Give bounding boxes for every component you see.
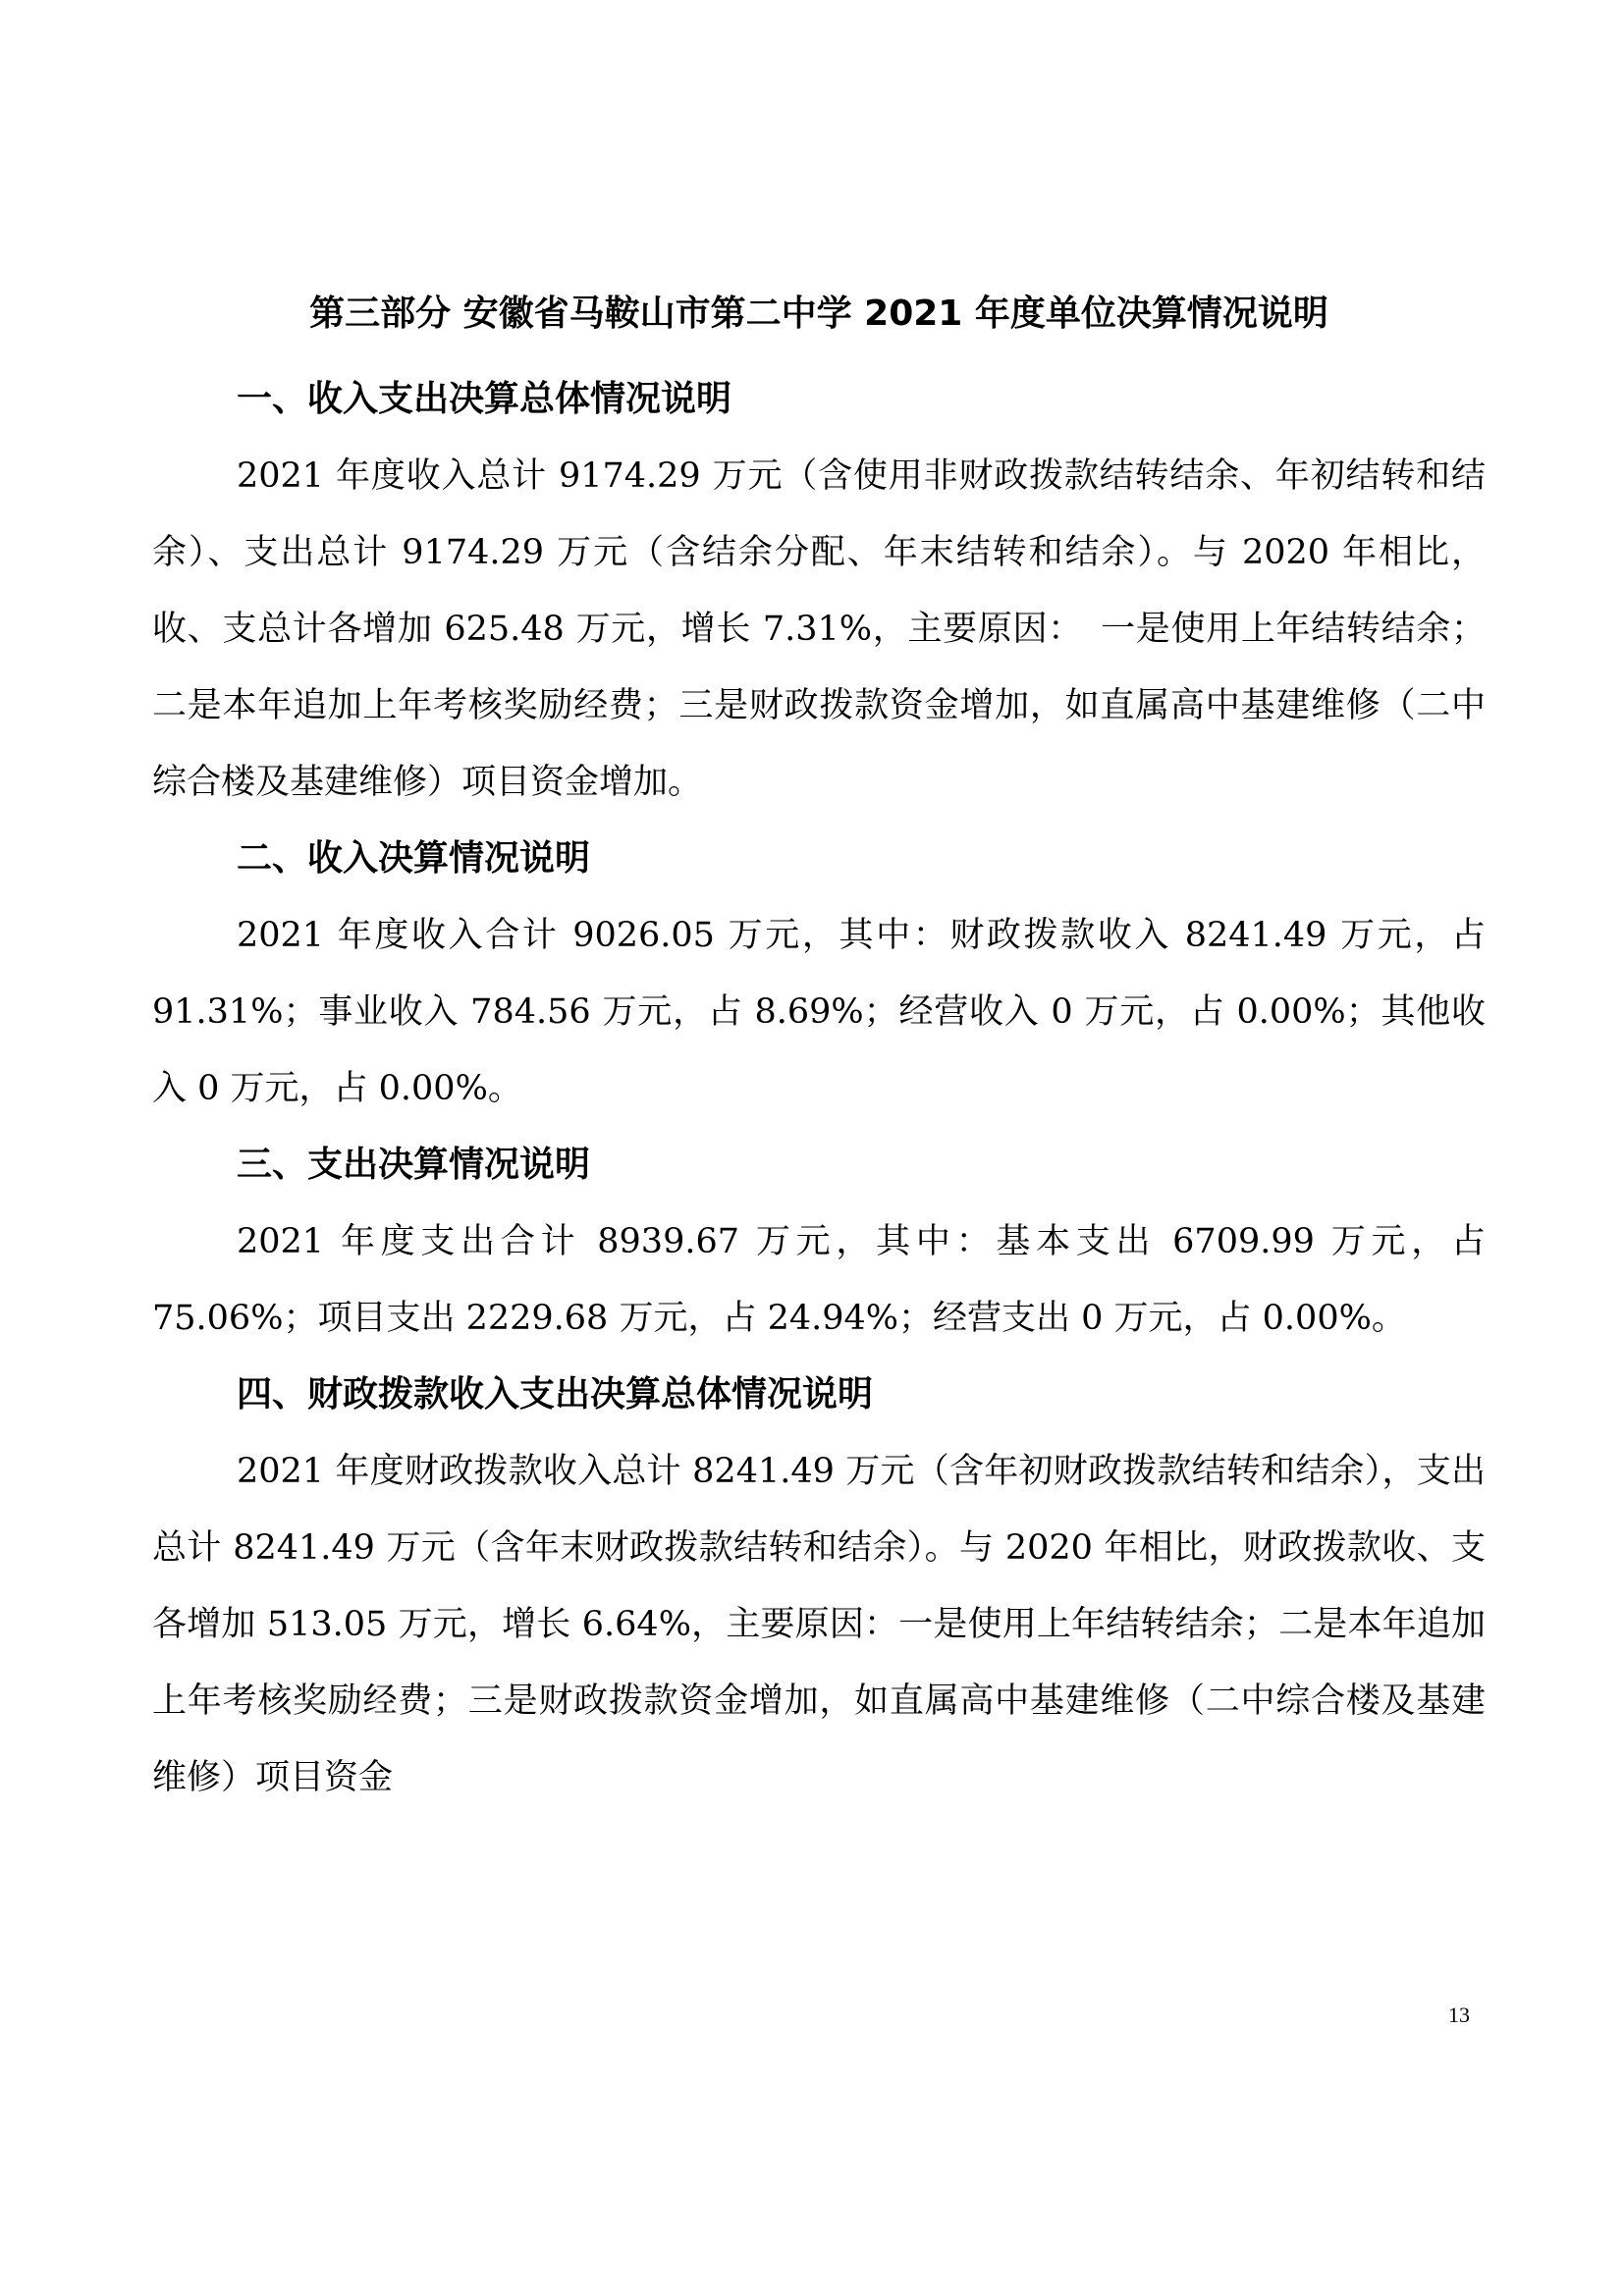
section-heading-3: 三、支出决算情况说明 bbox=[152, 1127, 1486, 1203]
section-heading-4: 四、财政拨款收入支出决算总体情况说明 bbox=[152, 1357, 1486, 1433]
section-body-1: 2021 年度收入总计 9174.29 万元（含使用非财政拨款结转结余、年初结转… bbox=[152, 438, 1486, 821]
document-page: 第三部分 安徽省马鞍山市第二中学 2021 年度单位决算情况说明 一、收入支出决… bbox=[152, 285, 1486, 1816]
page-title: 第三部分 安徽省马鞍山市第二中学 2021 年度单位决算情况说明 bbox=[152, 285, 1486, 344]
section-body-3: 2021 年度支出合计 8939.67 万元，其中：基本支出 6709.99 万… bbox=[152, 1203, 1486, 1357]
section-heading-1: 一、收入支出决算总体情况说明 bbox=[152, 361, 1486, 438]
section-body-4: 2021 年度财政拨款收入总计 8241.49 万元（含年初财政拨款结转和结余）… bbox=[152, 1433, 1486, 1816]
section-body-2: 2021 年度收入合计 9026.05 万元，其中：财政拨款收入 8241.49… bbox=[152, 897, 1486, 1127]
section-heading-2: 二、收入决算情况说明 bbox=[152, 821, 1486, 897]
page-number: 13 bbox=[1448, 2002, 1470, 2028]
